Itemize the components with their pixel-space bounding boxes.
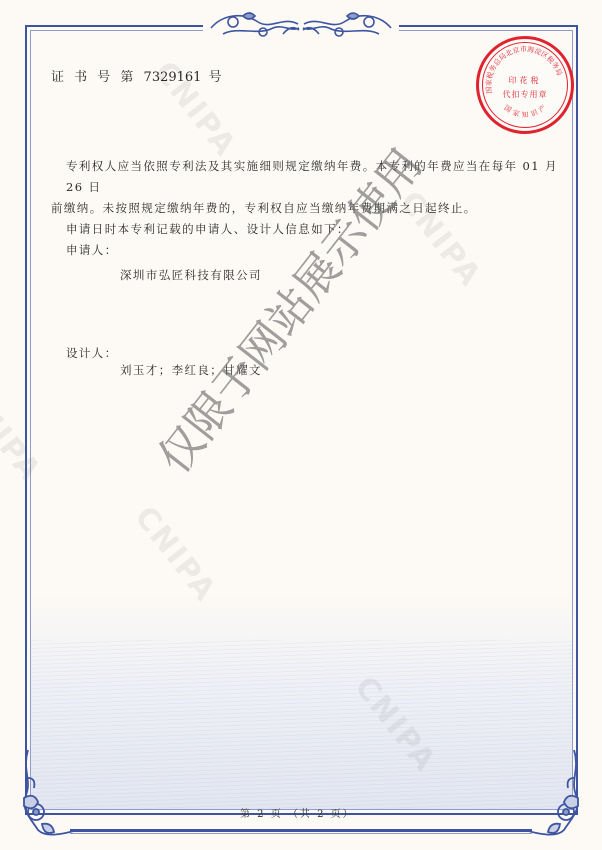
inner-border	[30, 30, 573, 810]
corner-ornament-bottom-right-icon	[524, 750, 584, 840]
seal-center-line2: 代扣专用章	[479, 89, 571, 100]
certificate-number-prefix: 证 书 号 第	[51, 70, 136, 85]
bottom-border-line-thin	[70, 833, 532, 834]
applicant-name: 深圳市弘匠科技有限公司	[120, 267, 262, 283]
fee-notice-line1: 专利权人应当依照专利法及其实施细则规定缴纳年费。本专利的年费应当在每年 01 月…	[66, 156, 566, 198]
svg-text:国家税务总局北京市海淀区税务局: 国家税务总局北京市海淀区税务局	[484, 44, 564, 94]
seal-center-line1: 印花税	[479, 75, 571, 86]
fee-notice-line2: 前缴纳。未按照规定缴纳年费的，专利权自应当缴纳年费期满之日起终止。	[51, 198, 566, 219]
applicant-label: 申请人：	[66, 242, 118, 258]
designer-label: 设计人：	[66, 345, 118, 361]
page-number: 第 2 页 （共 2 页）	[240, 805, 355, 820]
certificate-page: CNIPA CNIPA CNIPA CNIPA CNIPA 证 书 号 第 73…	[0, 0, 602, 850]
official-seal: 国家税务总局北京市海淀区税务局 国家知识产权局 印花税 代扣专用章	[476, 36, 574, 134]
fee-notice: 专利权人应当依照专利法及其实施细则规定缴纳年费。本专利的年费应当在每年 01 月…	[66, 156, 566, 219]
corner-ornament-bottom-left-icon	[18, 750, 78, 840]
certificate-number: 证 书 号 第 7329161 号	[51, 66, 225, 85]
bottom-border-line	[70, 829, 532, 832]
certificate-number-suffix: 号	[209, 70, 225, 85]
top-scroll-ornament-icon	[203, 6, 399, 42]
certificate-number-value: 7329161	[144, 70, 202, 85]
